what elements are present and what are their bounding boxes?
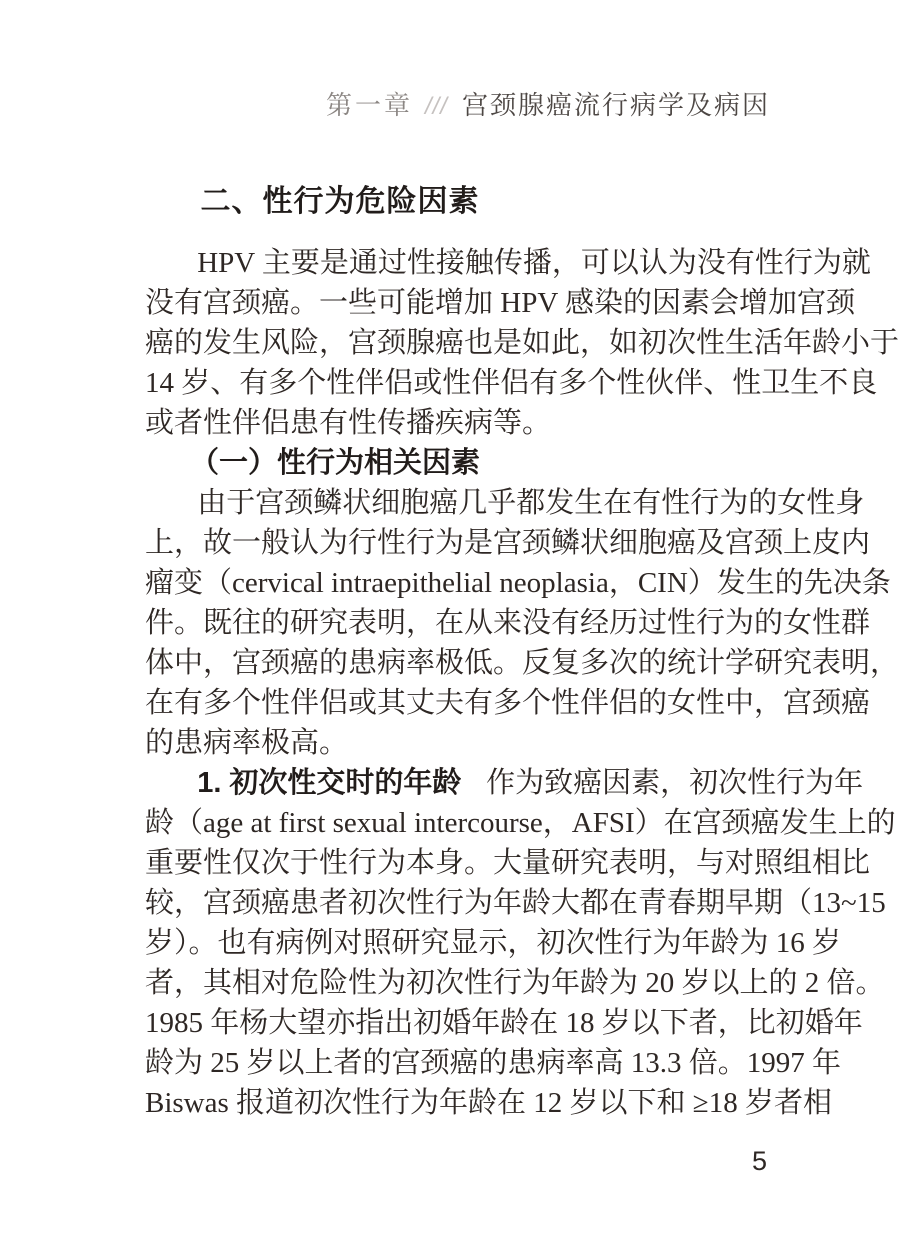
text-line: 较，宫颈癌患者初次性行为年龄大都在青春期早期（13~15 [145,883,770,923]
text-line: 重要性仅次于性行为本身。大量研究表明，与对照组相比 [145,843,770,883]
text-line: 件。既往的研究表明，在从来没有经历过性行为的女性群 [145,603,770,643]
triple-slash-icon: /// [425,93,448,120]
chapter-title: 宫颈腺癌流行病学及病因 [462,90,770,120]
text-line: 的患病率极高。 [145,723,770,763]
chapter-label: 第一章 [326,90,413,120]
paragraph-1: HPV 主要是通过性接触传播，可以认为没有性行为就 没有宫颈癌。一些可能增加 H… [145,243,770,443]
text-line: 上，故一般认为行性行为是宫颈鳞状细胞癌及宫颈上皮内 [145,523,770,563]
book-page: 第一章///宫颈腺癌流行病学及病因 二、性行为危险因素 HPV 主要是通过性接触… [0,0,900,1258]
text-line: 在有多个性伴侣或其丈夫有多个性伴侣的女性中，宫颈癌 [145,683,770,723]
text-line: 或者性伴侣患有性传播疾病等。 [145,403,770,443]
text-line: 龄为 25 岁以上者的宫颈癌的患病率高 13.3 倍。1997 年 [145,1043,770,1083]
paragraph-2: 由于宫颈鳞状细胞癌几乎都发生在有性行为的女性身 上，故一般认为行性行为是宫颈鳞状… [145,483,770,763]
text-line: Biswas 报道初次性行为年龄在 12 岁以下和 ≥18 岁者相 [145,1083,770,1123]
text-line: 癌的发生风险，宫颈腺癌也是如此，如初次性生活年龄小于 [145,323,770,363]
numbered-item-lead: 1. 初次性交时的年龄 [197,767,461,799]
text-line: 1. 初次性交时的年龄作为致癌因素，初次性行为年 [145,763,770,803]
body-text: HPV 主要是通过性接触传播，可以认为没有性行为就 没有宫颈癌。一些可能增加 H… [145,243,770,1123]
text-line: 14 岁、有多个性伴侣或性伴侣有多个性伙伴、性卫生不良 [145,363,770,403]
text-line: 者，其相对危险性为初次性行为年龄为 20 岁以上的 2 倍。 [145,963,770,1003]
text-line: 1985 年杨大望亦指出初婚年龄在 18 岁以下者，比初婚年 [145,1003,770,1043]
paragraph-3: 1. 初次性交时的年龄作为致癌因素，初次性行为年 龄（age at first … [145,763,770,1123]
section-heading: 二、性行为危险因素 [145,182,770,222]
text-line: 没有宫颈癌。一些可能增加 HPV 感染的因素会增加宫颈 [145,283,770,323]
page-number: 5 [752,1146,767,1176]
text-line: HPV 主要是通过性接触传播，可以认为没有性行为就 [145,243,770,283]
running-header: 第一章///宫颈腺癌流行病学及病因 [145,90,770,122]
text-line: 龄（age at first sexual intercourse，AFSI）在… [145,803,770,843]
text-line-rest: 作为致癌因素，初次性行为年 [486,767,863,799]
text-line: 由于宫颈鳞状细胞癌几乎都发生在有性行为的女性身 [145,483,770,523]
text-line: 瘤变（cervical intraepithelial neoplasia，CI… [145,563,770,603]
text-line: 岁）。也有病例对照研究显示，初次性行为年龄为 16 岁 [145,923,770,963]
subsection-heading: （一）性行为相关因素 [145,443,770,483]
text-line: 体中，宫颈癌的患病率极低。反复多次的统计学研究表明， [145,643,770,683]
